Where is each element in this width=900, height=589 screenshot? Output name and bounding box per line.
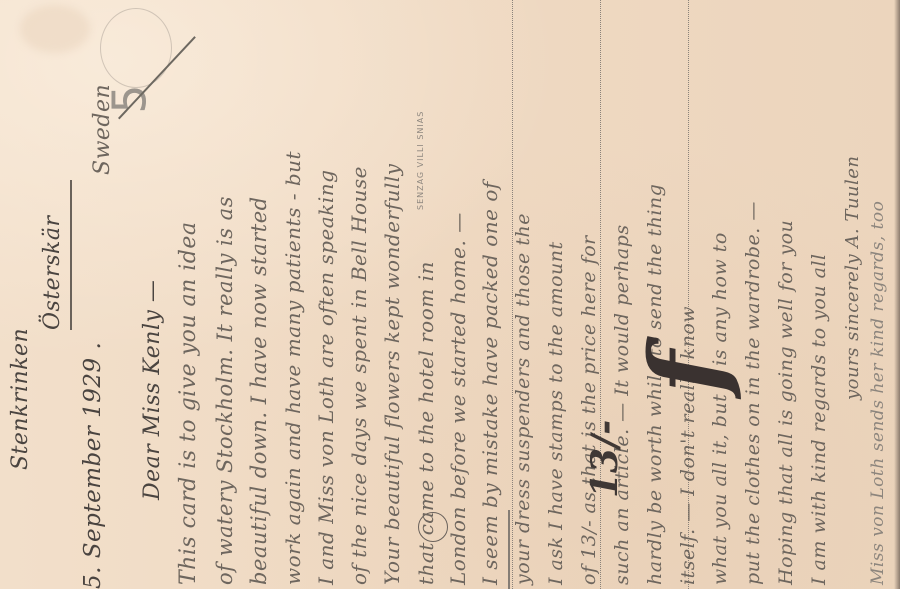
date-line: 5. September 1929 . xyxy=(80,342,106,589)
message-line: work again and have many patients - but xyxy=(281,151,305,585)
message-line: beautiful down. I have now started xyxy=(247,196,271,585)
pencil-number-mark: 5 xyxy=(103,84,157,113)
message-line: such an article. — It would perhaps xyxy=(611,224,633,585)
address-underline xyxy=(70,180,72,330)
printer-imprint: SENZAG VILLI SNIAS xyxy=(416,111,425,210)
price-mark: 13/- xyxy=(584,420,626,498)
message-line: of watery Stockholm. It really is as xyxy=(213,196,237,585)
message-line: that came to the hotel room in xyxy=(414,261,438,585)
ink-letter-mark: f xyxy=(637,350,737,393)
sender-line-1: Stenkrinken xyxy=(8,328,33,470)
message-line: Dear Miss Kenly — xyxy=(140,280,165,500)
message-line: This card is to give you an idea xyxy=(176,221,201,585)
postcard: Stenkrinken Österskär Sweden 5. Septembe… xyxy=(0,0,900,589)
pencil-circle-mark xyxy=(100,8,172,88)
message-line: I ask I have stamps to the amount xyxy=(545,241,567,585)
message-line: London before we started home. — xyxy=(446,212,470,585)
message-line: of the nice days we spent in Bell House xyxy=(347,166,371,585)
message-line: Miss von Loth sends her kind regards, to… xyxy=(868,201,888,585)
message-line: Hoping that all is going well for you xyxy=(775,220,797,585)
message-line: yours sincerely A. Tuulen xyxy=(842,155,863,400)
message-line: of 13/- as that is the price here for xyxy=(578,235,600,585)
message-line: I seem by mistake have packed one of xyxy=(478,181,502,585)
message-line: I am with kind regards to you all xyxy=(808,253,830,585)
paper-stain xyxy=(20,5,90,53)
message-line: I and Miss von Loth are often speaking xyxy=(314,170,338,585)
message-line: what you all it, but it is any how to xyxy=(709,232,731,585)
card-edge-shadow xyxy=(894,0,900,589)
sender-line-2: Österskär xyxy=(40,216,65,330)
address-line-2 xyxy=(600,0,601,589)
message-line: your dress suspenders and those the xyxy=(512,213,534,585)
message-line: Your beautiful flowers kept wonderfully xyxy=(380,164,404,585)
address-baseline xyxy=(508,510,510,589)
message-line: itself. — I don't really know xyxy=(677,306,699,585)
